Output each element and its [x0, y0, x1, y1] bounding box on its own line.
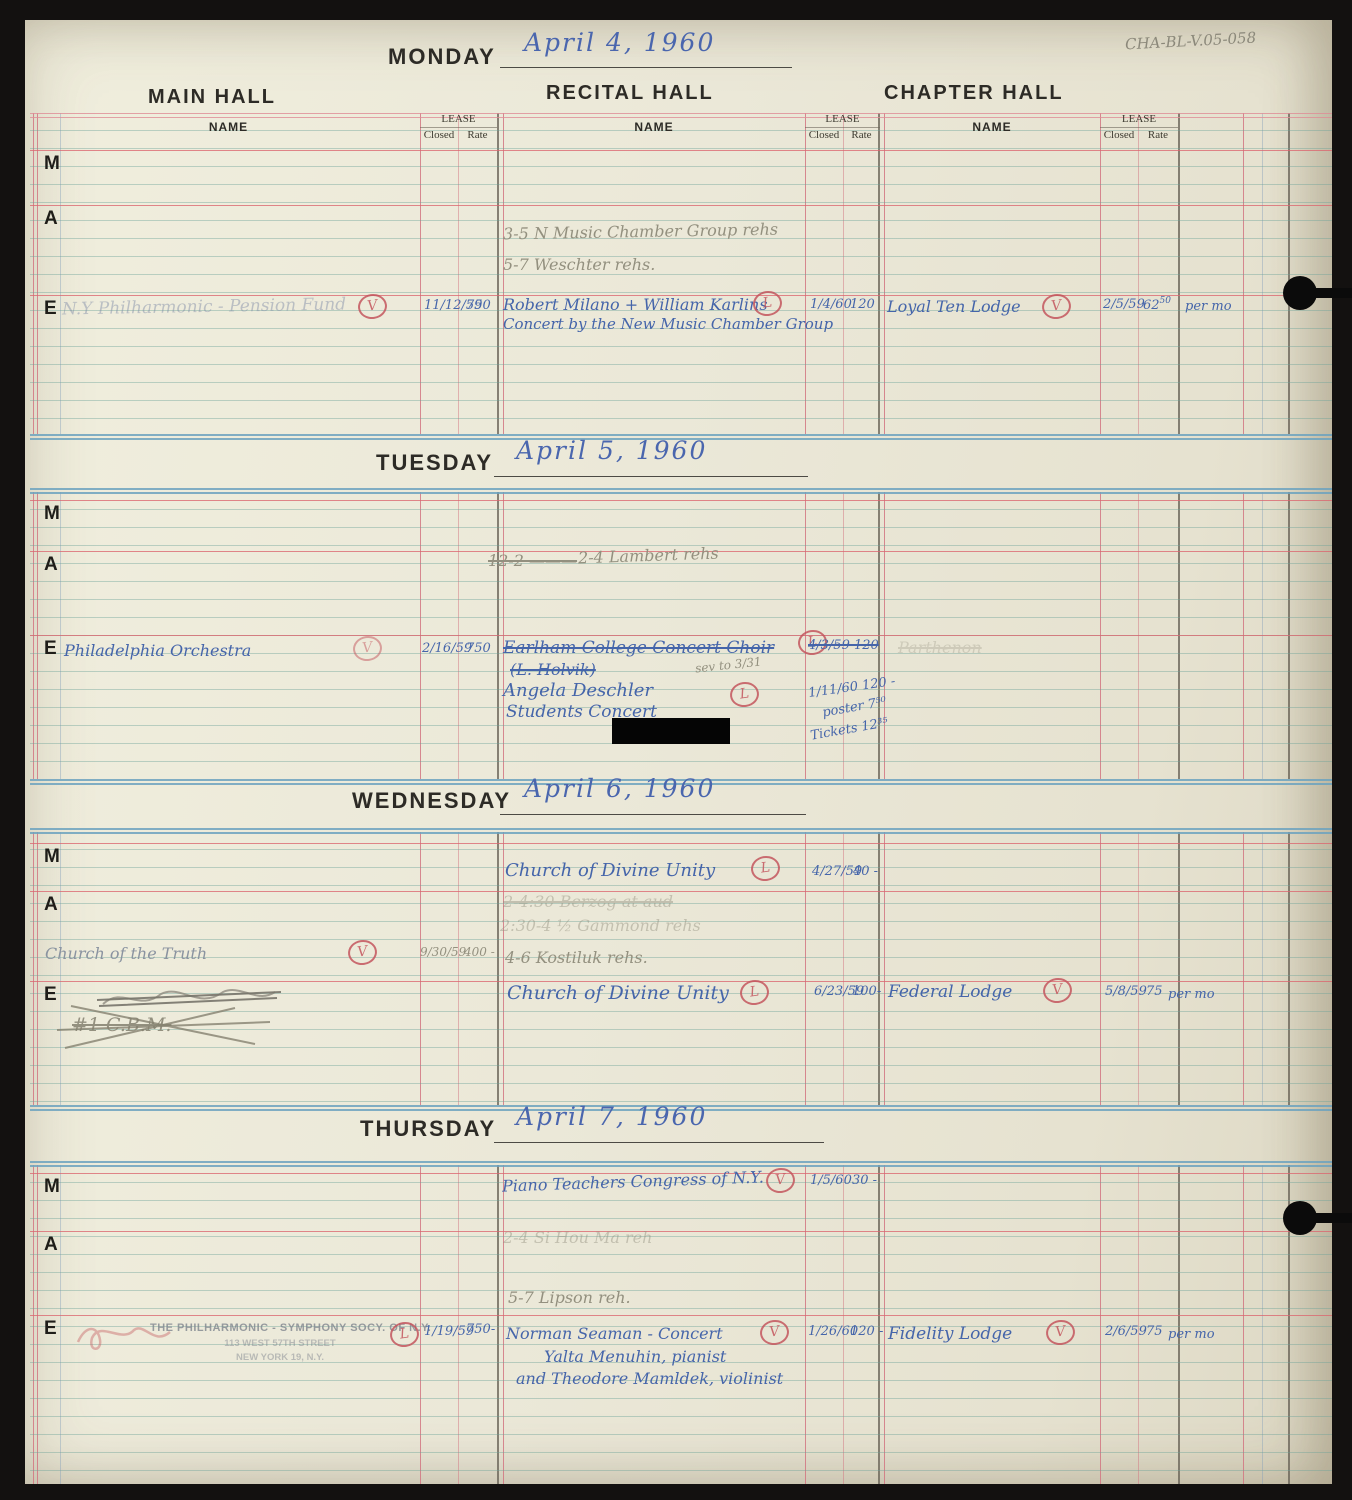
- grid-redline: [30, 205, 1332, 206]
- rate-cents: 50: [1160, 296, 1171, 306]
- grid-monday: [30, 113, 1332, 434]
- entry-booking-name: Philadelphia Orchestra: [64, 641, 251, 660]
- lease-rate-unit: per mo: [1168, 1327, 1215, 1342]
- header-lease-chapter: LEASE: [1100, 113, 1178, 125]
- grid-redline: [30, 150, 1332, 151]
- header-closed-recital: Closed: [805, 129, 843, 141]
- row-label-morning: M: [44, 846, 60, 868]
- header-closed-chapter: Closed: [1100, 129, 1138, 141]
- grid-redline: [30, 1231, 1332, 1232]
- lease-closed-date: 2/5/59: [1103, 297, 1145, 312]
- date-handwritten-thursday: April 7, 1960: [516, 1102, 707, 1131]
- lease-rate: 40 -: [853, 864, 878, 879]
- date-underline: [494, 476, 808, 477]
- hall-title-chapter: CHAPTER HALL: [884, 82, 1064, 105]
- lease-closed-date: 2/16/59: [422, 641, 472, 656]
- lease-rate: 400 -: [464, 945, 495, 959]
- header-rate-recital: Rate: [843, 129, 880, 141]
- row-label-morning: M: [44, 503, 60, 525]
- hall-title-main: MAIN HALL: [148, 86, 276, 109]
- stamp-line-1: THE PHILHARMONIC - SYMPHONY SOCY. OF N.Y…: [150, 1322, 410, 1334]
- lease-closed-date: 1/4/60: [810, 297, 852, 312]
- entry-booking-cancelled: Parthenon: [898, 638, 982, 657]
- entry-booking-name: Church of Divine Unity: [505, 860, 715, 881]
- lease-cancelled: 4/3/59 120: [808, 638, 879, 653]
- entry-booking-name: Norman Seaman - Concert: [506, 1324, 723, 1343]
- philharmonic-stamp: THE PHILHARMONIC - SYMPHONY SOCY. OF N.Y…: [150, 1322, 410, 1363]
- lease-rate: 750: [466, 298, 491, 313]
- section-separator: [30, 1161, 1332, 1163]
- lease-rate: 100-: [852, 984, 881, 999]
- lease-rate: 120: [850, 297, 875, 312]
- grid-redline: [30, 1315, 1332, 1316]
- hole-punch-stub: [1310, 288, 1352, 298]
- row-label-afternoon: A: [44, 208, 58, 230]
- entry-booking-detail: and Theodore Mamldek, violinist: [516, 1369, 783, 1388]
- section-separator: [30, 488, 1332, 490]
- entry-booking-name: Fidelity Lodge: [888, 1324, 1012, 1344]
- grid-redline: [30, 891, 1332, 892]
- section-separator: [30, 832, 1332, 834]
- row-label-afternoon: A: [44, 554, 58, 576]
- date-handwritten-tuesday: April 5, 1960: [516, 436, 707, 465]
- day-title-tuesday: TUESDAY: [376, 450, 493, 476]
- entry-rehearsal: 5-7 Lipson reh.: [508, 1288, 631, 1307]
- scanned-ledger: { "archive_ref": "CHA-BL-V.05-058", "hal…: [0, 0, 1352, 1500]
- lease-rate-unit: per mo: [1185, 299, 1232, 314]
- date-underline: [500, 67, 792, 68]
- strike-x-marks: [55, 1000, 275, 1052]
- day-title-thursday: THURSDAY: [360, 1116, 496, 1142]
- header-lease-main: LEASE: [420, 113, 497, 125]
- lease-closed-date: 1/5/60: [810, 1173, 852, 1188]
- stamp-line-2: 113 WEST 57TH STREET: [150, 1338, 410, 1349]
- entry-booking-name: Angela Deschler: [503, 680, 653, 701]
- entry-rehearsal-cancelled: 12-2 ———: [488, 551, 577, 570]
- stamp-line-3: NEW YORK 19, N.Y.: [150, 1352, 410, 1363]
- grid-redline: [30, 500, 1332, 501]
- grid-redline: [30, 843, 1332, 844]
- date-handwritten-wednesday: April 6, 1960: [524, 774, 715, 803]
- entry-booking-name: Church of Divine Unity: [507, 982, 729, 1004]
- header-name-main: NAME: [37, 120, 420, 134]
- lease-closed-date: 9/30/59: [420, 945, 466, 959]
- header-lease-recital: LEASE: [805, 113, 880, 125]
- entry-rehearsal: 2:30-4 ½ Gammond rehs: [500, 916, 701, 935]
- lease-rate: 750-: [466, 1322, 495, 1337]
- lease-rate: 30 -: [852, 1173, 877, 1188]
- lease-closed-date: 2/6/59: [1105, 1324, 1147, 1339]
- hole-punch-stub: [1310, 1213, 1352, 1223]
- header-rate-main: Rate: [458, 129, 497, 141]
- lease-rate-unit: per mo: [1168, 987, 1215, 1002]
- row-label-evening: E: [44, 638, 57, 660]
- lease-rate: 750: [466, 641, 491, 656]
- day-title-wednesday: WEDNESDAY: [352, 788, 511, 814]
- header-rate-chapter: Rate: [1138, 129, 1178, 141]
- date-underline: [494, 1142, 824, 1143]
- section-separator: [30, 1165, 1332, 1167]
- date-handwritten-monday: April 4, 1960: [524, 28, 715, 57]
- entry-rehearsal: 5-7 Weschter rehs.: [503, 255, 655, 274]
- entry-booking-name: Loyal Ten Lodge: [887, 297, 1021, 316]
- row-label-evening: E: [44, 298, 57, 320]
- entry-booking-cancelled: Earlham College Concert Choir: [503, 638, 774, 658]
- day-title-monday: MONDAY: [388, 44, 496, 70]
- row-label-morning: M: [44, 153, 60, 175]
- entry-rehearsal: 2-4 Si Hou Ma reh: [503, 1228, 652, 1247]
- hall-title-recital: RECITAL HALL: [546, 82, 714, 105]
- section-separator: [30, 492, 1332, 494]
- entry-booking-name: Robert Milano + William Karlins: [503, 295, 768, 314]
- rate-dollars: 62: [1143, 298, 1160, 313]
- lease-rate: 75: [1146, 1324, 1163, 1339]
- lease-rate: 120 -: [850, 1324, 883, 1339]
- row-label-afternoon: A: [44, 1234, 58, 1256]
- header-divider: [420, 127, 497, 128]
- lease-closed-date: 5/8/59: [1105, 984, 1147, 999]
- lease-rate: 75: [1146, 984, 1163, 999]
- row-label-morning: M: [44, 1176, 60, 1198]
- section-separator: [30, 828, 1332, 830]
- entry-booking-detail: Yalta Menuhin, pianist: [544, 1347, 726, 1366]
- entry-booking-name: Church of the Truth: [45, 944, 207, 963]
- entry-rehearsal: 4-6 Kostiluk rehs.: [505, 948, 648, 967]
- grid-redline: [30, 635, 1332, 636]
- entry-booking-detail: Concert by the New Music Chamber Group: [503, 315, 833, 333]
- header-name-recital: NAME: [503, 120, 805, 134]
- entry-rehearsal-cancelled: 2-4:30 Berzog at aud: [503, 892, 673, 911]
- entry-booking-cancelled-detail: (L. Holvik): [510, 660, 596, 679]
- row-label-evening: E: [44, 1318, 57, 1340]
- header-closed-main: Closed: [420, 129, 458, 141]
- date-underline: [500, 814, 806, 815]
- entry-booking-name: Federal Lodge: [888, 982, 1012, 1002]
- header-name-chapter: NAME: [884, 120, 1100, 134]
- header-divider: [1100, 127, 1178, 128]
- row-label-afternoon: A: [44, 894, 58, 916]
- lease-rate: 6250: [1143, 296, 1171, 313]
- redaction-box: [612, 718, 730, 744]
- header-divider: [805, 127, 880, 128]
